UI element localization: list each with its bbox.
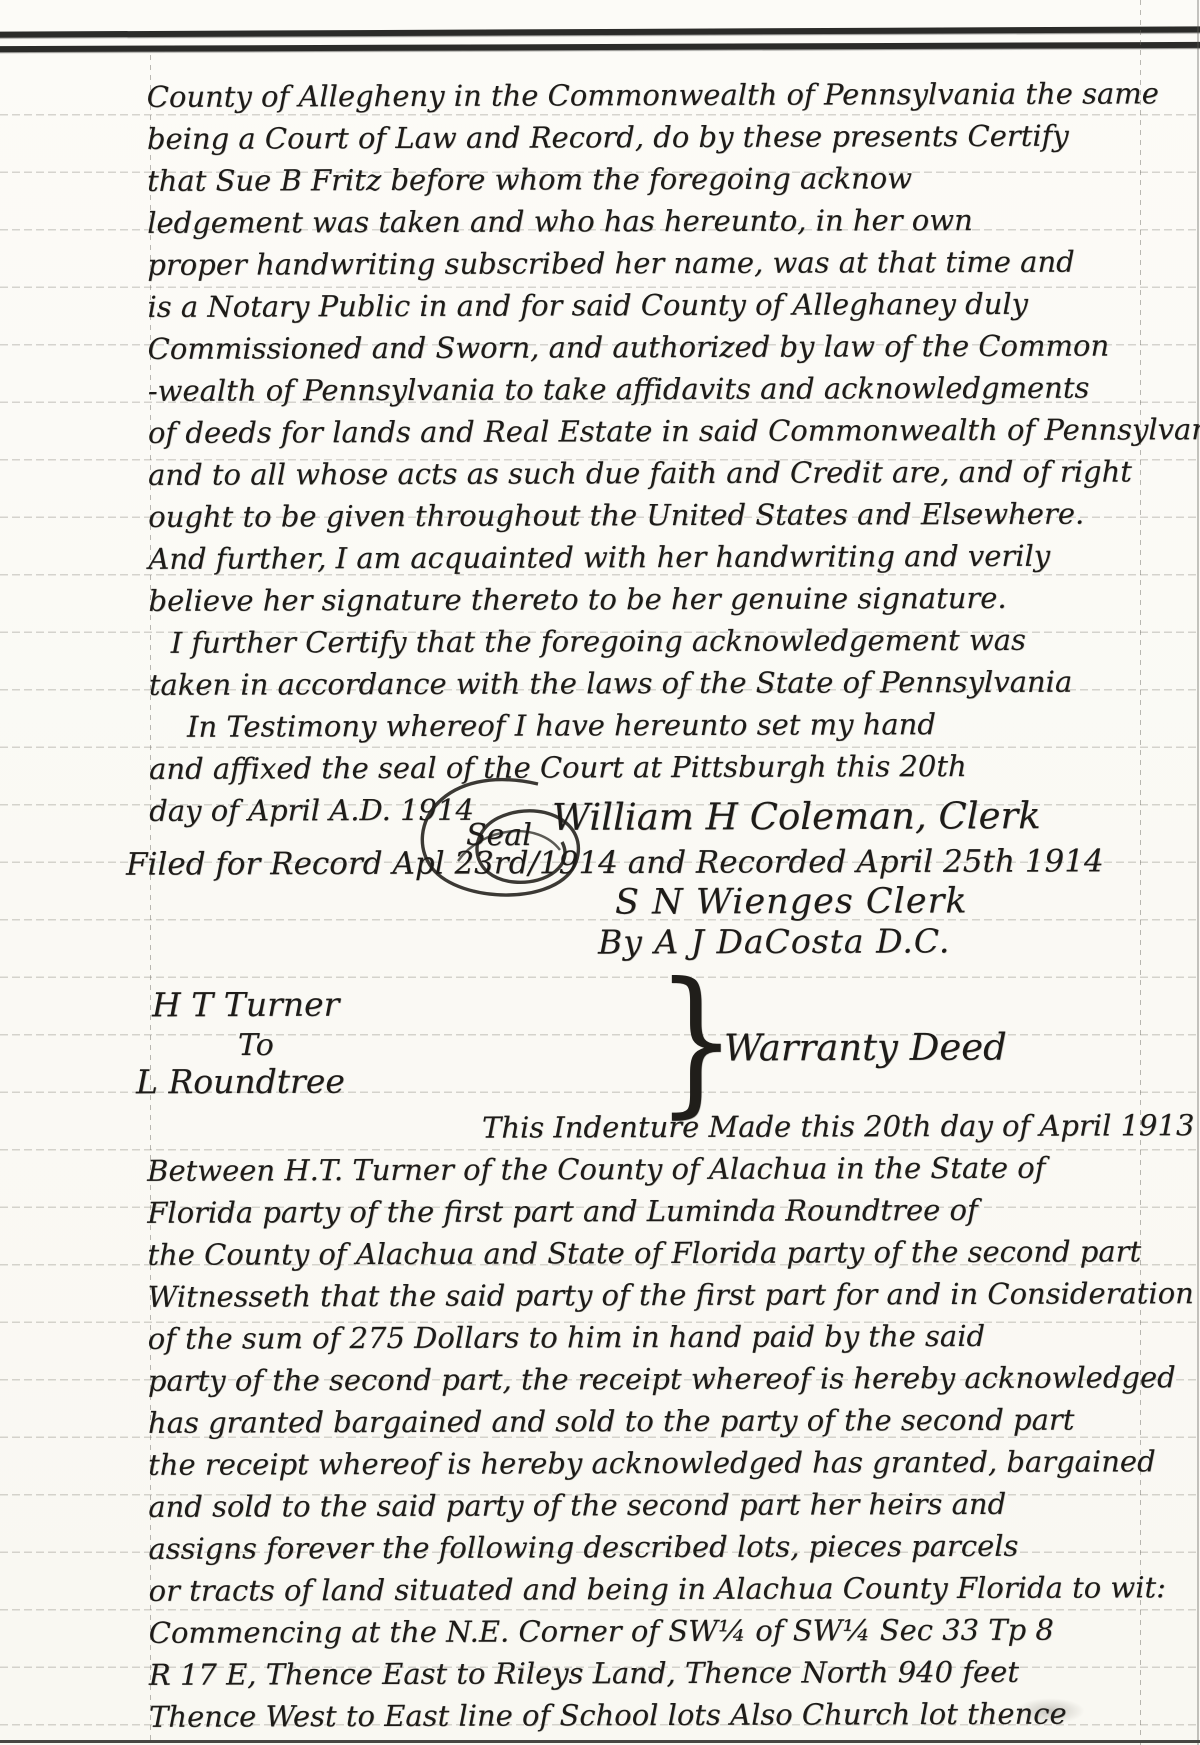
deed-body-text: This Indenture Made this 20th day of Apr… — [147, 1104, 1197, 1738]
handwritten-line: the County of Alachua and State of Flori… — [147, 1230, 1195, 1276]
handwritten-line: R 17 E, Thence East to Rileys Land, Then… — [149, 1650, 1197, 1696]
handwritten-line: believe her signature thereto to be her … — [148, 576, 1200, 622]
scan-artifact-bar-second — [0, 42, 1200, 52]
handwritten-line: I further Certify that the foregoing ack… — [149, 618, 1200, 664]
handwritten-line: of the sum of 275 Dollars to him in hand… — [148, 1314, 1196, 1360]
handwritten-line: or tracts of land situated and being in … — [149, 1566, 1197, 1612]
handwritten-line: Between H.T. Turner of the County of Ala… — [147, 1146, 1195, 1192]
handwritten-line: assigns forever the following described … — [148, 1524, 1196, 1570]
scan-artifact-bar-top — [0, 26, 1200, 37]
handwritten-line: -wealth of Pennsylvania to take affidavi… — [148, 366, 1200, 412]
handwritten-line: being a Court of Law and Record, do by t… — [147, 114, 1200, 160]
handwritten-line: and sold to the said party of the second… — [148, 1482, 1196, 1528]
handwritten-line: ledgement was taken and who has hereunto… — [147, 198, 1200, 244]
instrument-type-label: Warranty Deed — [724, 1026, 1007, 1070]
handwritten-line: is a Notary Public in and for said Count… — [147, 282, 1200, 328]
to-label: To — [238, 1028, 274, 1063]
filing-record-line: Filed for Record Apl 23rd/1914 and Recor… — [126, 843, 1104, 882]
handwritten-line: and affixed the seal of the Court at Pit… — [149, 744, 1200, 790]
handwritten-line: In Testimony whereof I have hereunto set… — [149, 702, 1200, 748]
handwritten-line: ought to be given throughout the United … — [148, 492, 1200, 538]
notary-certification-text: County of Allegheny in the Commonwealth … — [147, 72, 1200, 832]
handwritten-line: the receipt whereof is hereby acknowledg… — [148, 1440, 1196, 1486]
handwritten-line: taken in accordance with the laws of the… — [149, 660, 1200, 706]
handwritten-line: Thence West to East line of School lots … — [149, 1692, 1197, 1738]
handwritten-line: Florida party of the first part and Lumi… — [147, 1188, 1195, 1234]
page-bottom-edge — [0, 1740, 1200, 1743]
grantee-name: L Roundtree — [136, 1062, 345, 1102]
deputy-clerk-line: By A J DaCosta D.C. — [598, 921, 951, 961]
handwritten-line: party of the second part, the receipt wh… — [148, 1356, 1196, 1402]
grantor-name: H T Turner — [152, 985, 340, 1025]
handwritten-line: that Sue B Fritz before whom the foregoi… — [147, 156, 1200, 202]
handwritten-line: County of Allegheny in the Commonwealth … — [147, 72, 1200, 118]
handwritten-line: And further, I am acquainted with her ha… — [148, 534, 1200, 580]
scanned-deed-record-page: County of Allegheny in the Commonwealth … — [0, 0, 1200, 1745]
handwritten-line: This Indenture Made this 20th day of Apr… — [147, 1104, 1195, 1150]
handwritten-line: proper handwriting subscribed her name, … — [147, 240, 1200, 286]
handwritten-line: and to all whose acts as such due faith … — [148, 450, 1200, 496]
handwritten-line: of deeds for lands and Real Estate in sa… — [148, 408, 1200, 454]
handwritten-line: Commencing at the N.E. Corner of SW¼ of … — [149, 1608, 1197, 1654]
handwritten-line: has granted bargained and sold to the pa… — [148, 1398, 1196, 1444]
clerk-signature: William H Coleman, Clerk — [552, 794, 1041, 839]
recording-clerk-signature: S N Wienges Clerk — [615, 881, 968, 922]
handwritten-line: Witnesseth that the said party of the fi… — [147, 1272, 1195, 1318]
handwritten-line: Commissioned and Sworn, and authorized b… — [148, 324, 1200, 370]
